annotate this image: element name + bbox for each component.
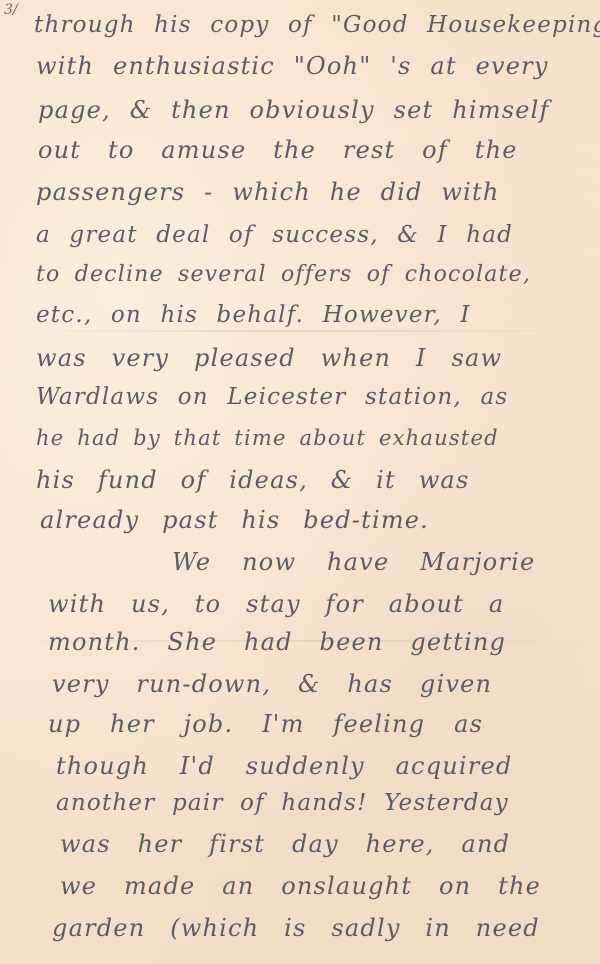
- text-line: though I'd suddenly acquired: [56, 752, 512, 780]
- text-line: month. She had been getting: [48, 628, 506, 656]
- text-line: another pair of hands! Yesterday: [56, 790, 509, 816]
- text-line: we made an onslaught on the: [60, 872, 541, 900]
- text-line: up her job. I'm feeling as: [48, 710, 483, 738]
- text-line: garden (which is sadly in need: [52, 914, 540, 942]
- text-line: page, & then obviously set himself: [38, 96, 550, 124]
- text-line: We now have Marjorie: [172, 548, 535, 576]
- text-line: to decline several offers of chocolate,: [36, 262, 531, 287]
- text-line: Wardlaws on Leicester station, as: [36, 384, 508, 410]
- text-line: through his copy of "Good Housekeeping",: [34, 12, 600, 38]
- text-line: already past his bed-time.: [40, 506, 429, 534]
- text-line: with enthusiastic "Ooh" 's at every: [36, 52, 549, 80]
- text-line: was very pleased when I saw: [36, 344, 502, 372]
- letter-page: 3/ through his copy of "Good Housekeepin…: [0, 0, 600, 964]
- text-line: he had by that time about exhausted: [36, 426, 499, 450]
- paper-crease: [0, 330, 600, 332]
- text-line: was her first day here, and: [60, 830, 510, 858]
- text-line: a great deal of success, & I had: [36, 222, 513, 248]
- text-line: very run-down, & has given: [52, 670, 492, 698]
- text-line: his fund of ideas, & it was: [36, 466, 469, 494]
- text-line: passengers - which he did with: [36, 178, 500, 206]
- text-line: out to amuse the rest of the: [38, 136, 518, 164]
- page-number: 3/: [4, 2, 18, 18]
- text-line: with us, to stay for about a: [48, 590, 504, 618]
- text-line: etc., on his behalf. However, I: [36, 302, 471, 328]
